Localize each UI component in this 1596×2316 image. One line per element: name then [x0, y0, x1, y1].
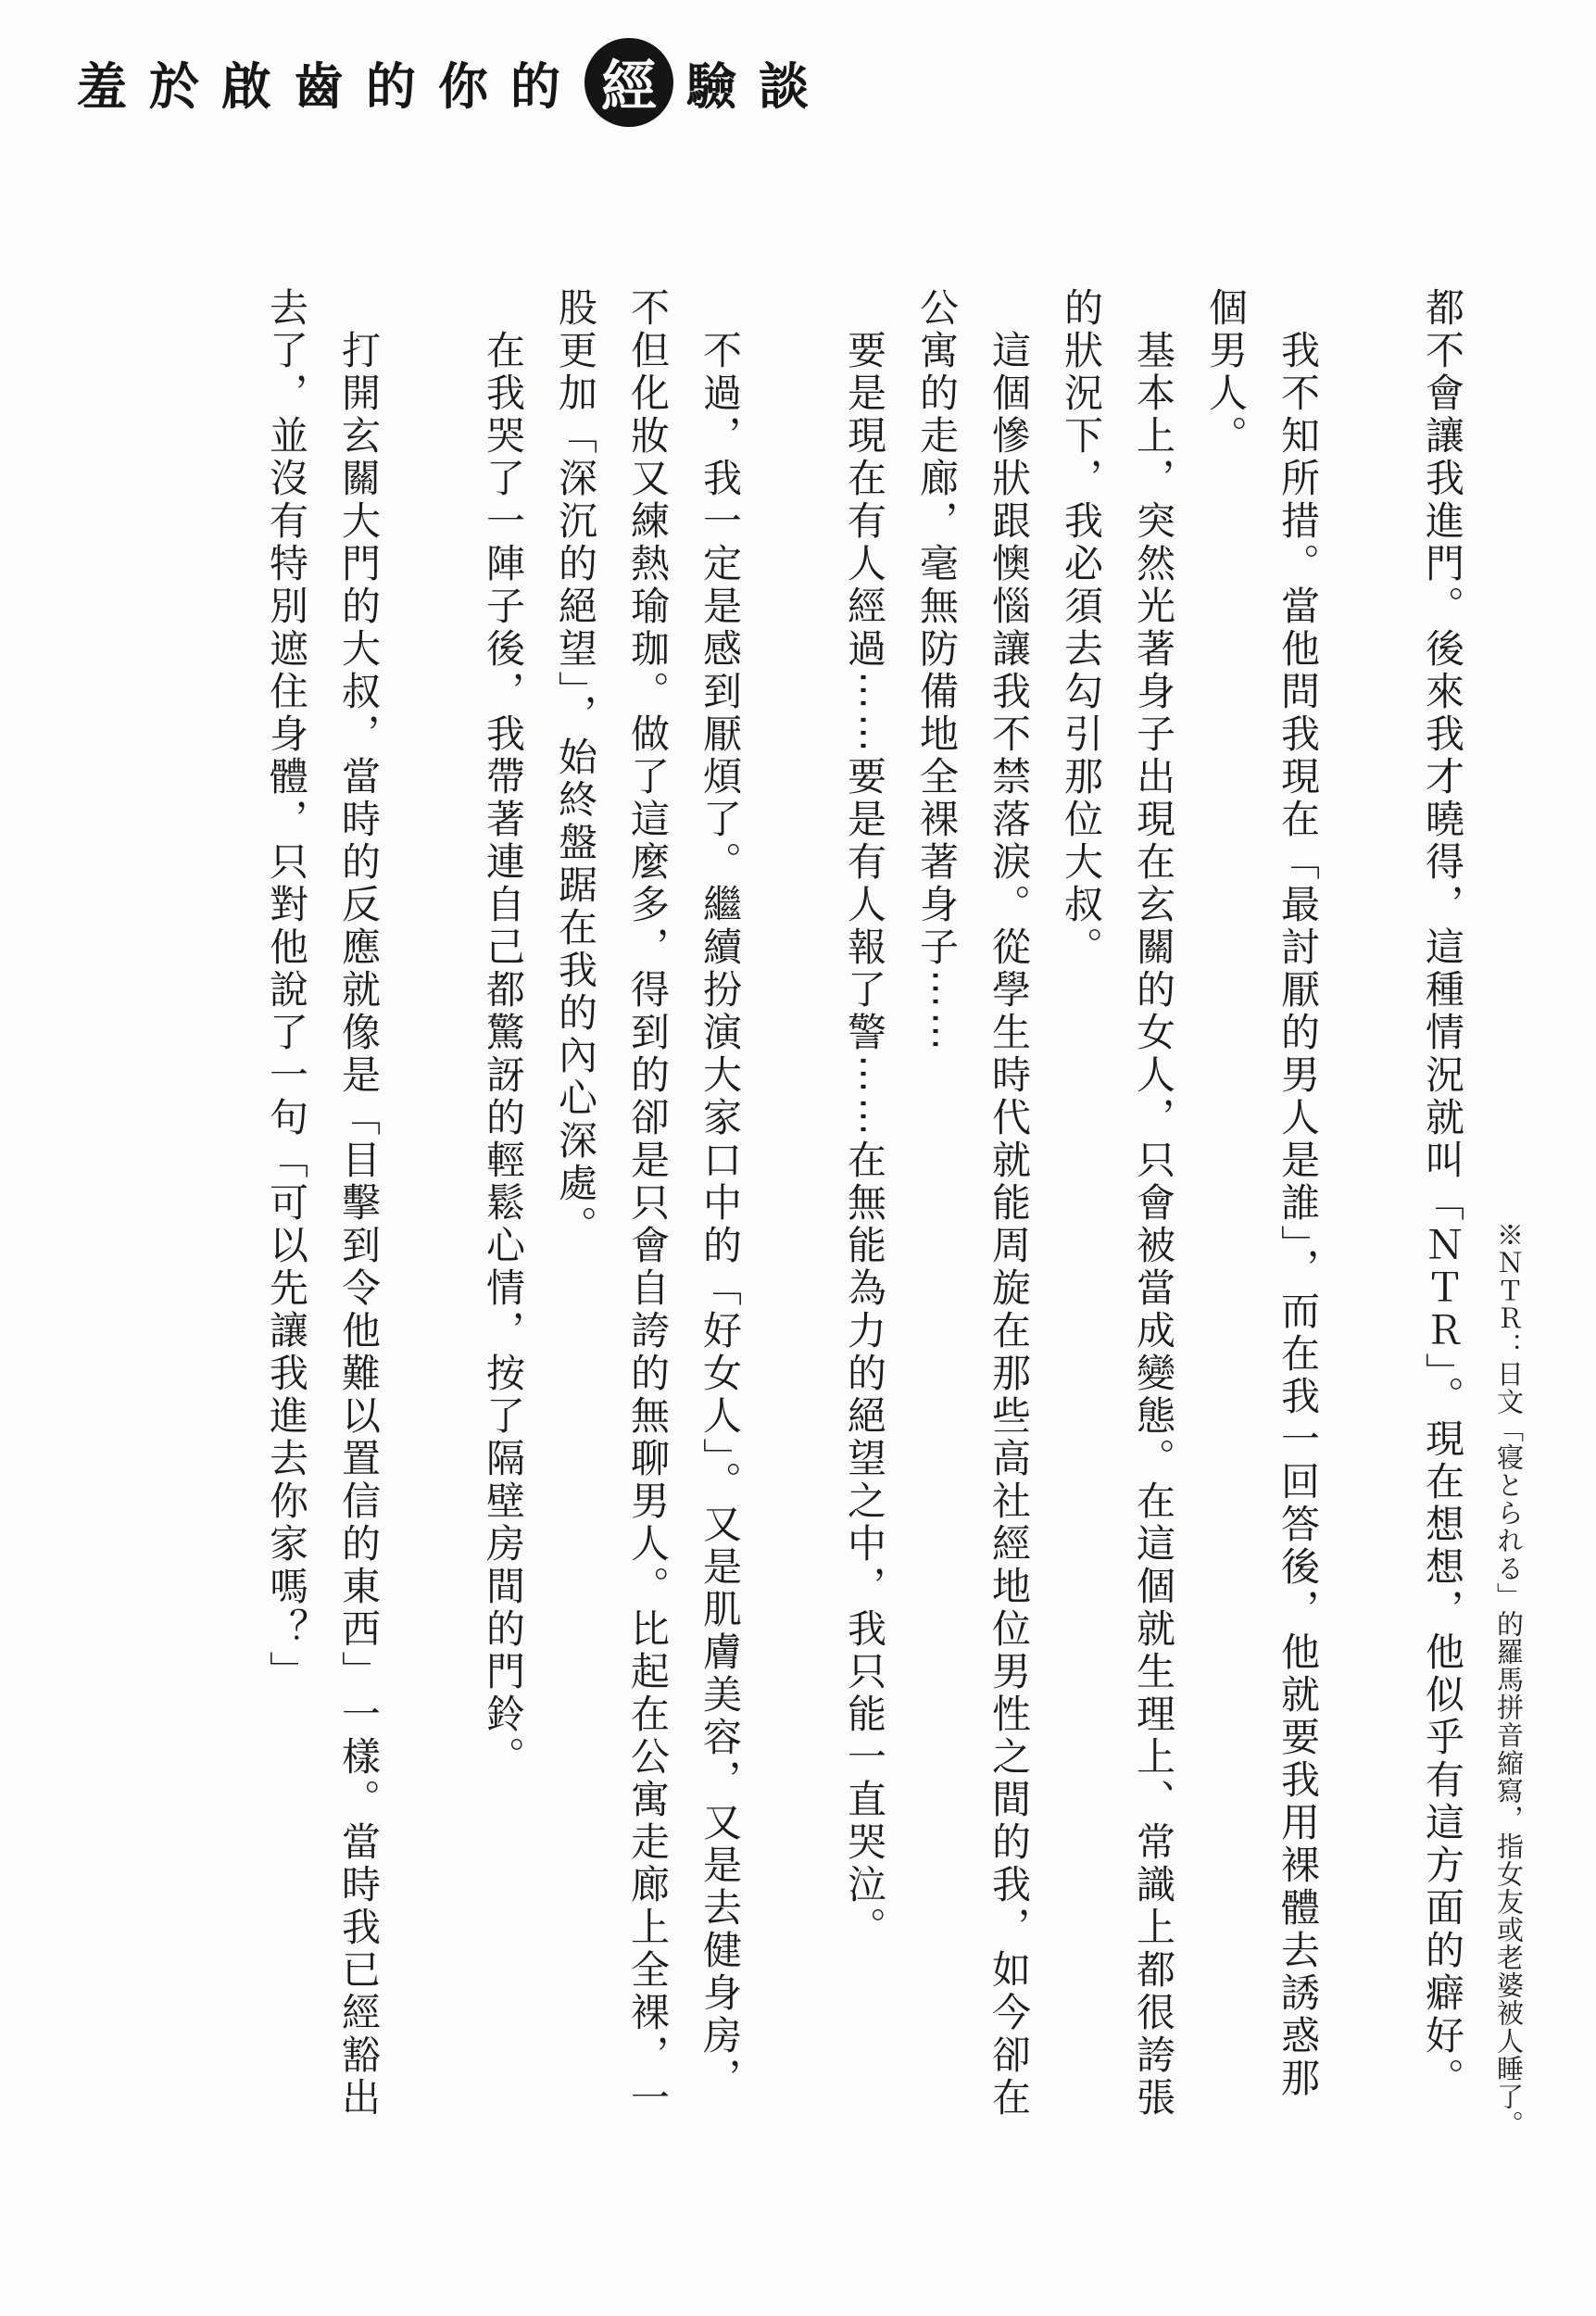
page-header: 羞於啟齒的你的 經 驗談	[77, 31, 831, 133]
paragraph: 都不會讓我進門。後來我才曉得，這種情況就叫「ＮＴＲ」。現在想想，他似乎有這方面的…	[1406, 287, 1478, 2133]
paragraph: 打開玄關大門的大叔，當時的反應就像是「目擊到令他難以置信的東西」一樣。當時我已經…	[250, 287, 395, 2133]
header-title-prefix: 羞於啟齒的你的	[77, 47, 583, 119]
paragraph: 我不知所措。當他問我現在「最討厭的男人是誰」，而在我一回答後，他就要我用裸體去誘…	[1189, 287, 1334, 2133]
paragraph: 在我哭了一陣子後，我帶著連自己都驚訝的輕鬆心情，按了隔壁房間的門鈴。	[467, 287, 539, 2133]
header-title-suffix: 驗談	[686, 47, 831, 119]
circled-character: 經	[584, 38, 673, 127]
paragraph: 要是現在有人經過⋯⋯要是有人報了警⋯⋯在無能為力的絕望之中，我只能一直哭泣。	[828, 287, 900, 2133]
body-text: 都不會讓我進門。後來我才曉得，這種情況就叫「ＮＴＲ」。現在想想，他似乎有這方面的…	[250, 287, 1478, 2133]
paragraph: 這個慘狀跟懊惱讓我不禁落淚。從學生時代就能周旋在那些高社經地位男性之間的我，如今…	[900, 287, 1045, 2133]
footnote: ※ＮＴＲ：日文「寝とられる」的羅馬拼音縮寫，指女友或老婆被人睡了。	[1493, 1221, 1525, 2147]
book-page: 羞於啟齒的你的 經 驗談 都不會讓我進門。後來我才曉得，這種情況就叫「ＮＴＲ」。…	[0, 0, 1596, 2316]
paragraph: 基本上，突然光著身子出現在玄關的女人，只會被當成變態。在這個就生理上、常識上都很…	[1045, 287, 1189, 2133]
paragraph: 不過，我一定是感到厭煩了。繼續扮演大家口中的「好女人」。又是肌膚美容，又是去健身…	[539, 287, 756, 2133]
